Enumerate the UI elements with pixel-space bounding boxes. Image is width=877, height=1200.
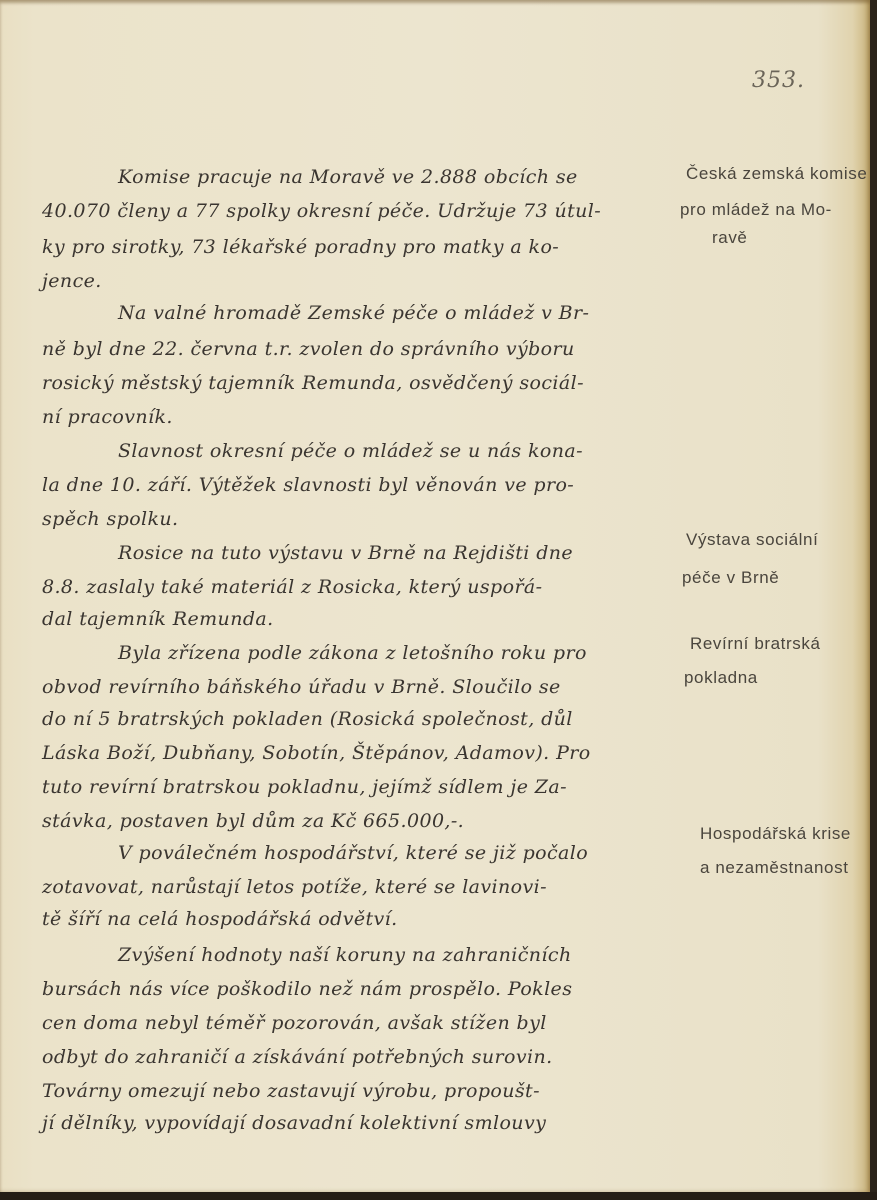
text-line: ní pracovník. — [42, 406, 173, 428]
text-line: Komise pracuje na Moravě ve 2.888 obcích… — [118, 166, 578, 188]
text-line: Továrny omezují nebo zastavují výrobu, p… — [42, 1080, 540, 1102]
manuscript-page: 353. Komise pracuje na Moravě ve 2.888 o… — [0, 0, 870, 1192]
text-line: ky pro sirotky, 73 lékařské poradny pro … — [42, 236, 559, 258]
text-line: V poválečném hospodářství, které se již … — [118, 842, 588, 864]
text-line: tuto revírní bratrskou pokladnu, jejímž … — [42, 776, 567, 798]
page-number: 353. — [752, 68, 805, 93]
text-line: Láska Boží, Dubňany, Sobotín, Štěpánov, … — [42, 742, 591, 764]
margin-note: pokladna — [684, 668, 758, 688]
book-edge — [0, 1192, 877, 1200]
text-line: ně byl dne 22. června t.r. zvolen do spr… — [42, 338, 575, 360]
text-line: Slavnost okresní péče o mládež se u nás … — [118, 440, 583, 462]
margin-note: Výstava sociální — [686, 530, 818, 550]
text-line: Zvýšení hodnoty naší koruny na zahraničn… — [118, 944, 572, 966]
text-line: zotavovat, narůstají letos potíže, které… — [42, 876, 547, 898]
text-line: do ní 5 bratrských pokladen (Rosická spo… — [42, 708, 573, 730]
margin-note: Revírní bratrská — [690, 634, 821, 654]
text-line: Rosice na tuto výstavu v Brně na Rejdišt… — [118, 542, 573, 564]
margin-note: Hospodářská krise — [700, 824, 851, 844]
margin-note: Česká zemská komise — [686, 164, 867, 184]
text-line: obvod revírního báňského úřadu v Brně. S… — [42, 676, 561, 698]
text-line: dal tajemník Remunda. — [42, 608, 274, 630]
text-line: jence. — [42, 270, 102, 292]
margin-note: a nezaměstnanost — [700, 858, 849, 878]
text-line: odbyt do zahraničí a získávání potřebnýc… — [42, 1046, 553, 1068]
text-line: cen doma nebyl téměř pozorován, avšak st… — [42, 1012, 547, 1034]
text-line: jí dělníky, vypovídají dosavadní kolekti… — [42, 1112, 546, 1134]
text-line: Na valné hromadě Zemské péče o mládež v … — [118, 302, 589, 324]
text-line: la dne 10. září. Výtěžek slavnosti byl v… — [42, 474, 574, 496]
text-line: stávka, postaven byl dům za Kč 665.000,-… — [42, 810, 464, 832]
text-line: tě šíří na celá hospodářská odvětví. — [42, 908, 398, 930]
text-line: bursách nás více poškodilo než nám prosp… — [42, 978, 572, 1000]
text-line: 40.070 členy a 77 spolky okresní péče. U… — [42, 200, 601, 222]
text-line: 8.8. zaslaly také materiál z Rosicka, kt… — [42, 576, 542, 598]
margin-note: ravě — [712, 228, 747, 248]
text-line: Byla zřízena podle zákona z letošního ro… — [118, 642, 587, 664]
text-line: spěch spolku. — [42, 508, 179, 530]
text-line: rosický městský tajemník Remunda, osvědč… — [42, 372, 584, 394]
margin-note: péče v Brně — [682, 568, 779, 588]
margin-note: pro mládež na Mo- — [680, 200, 832, 220]
